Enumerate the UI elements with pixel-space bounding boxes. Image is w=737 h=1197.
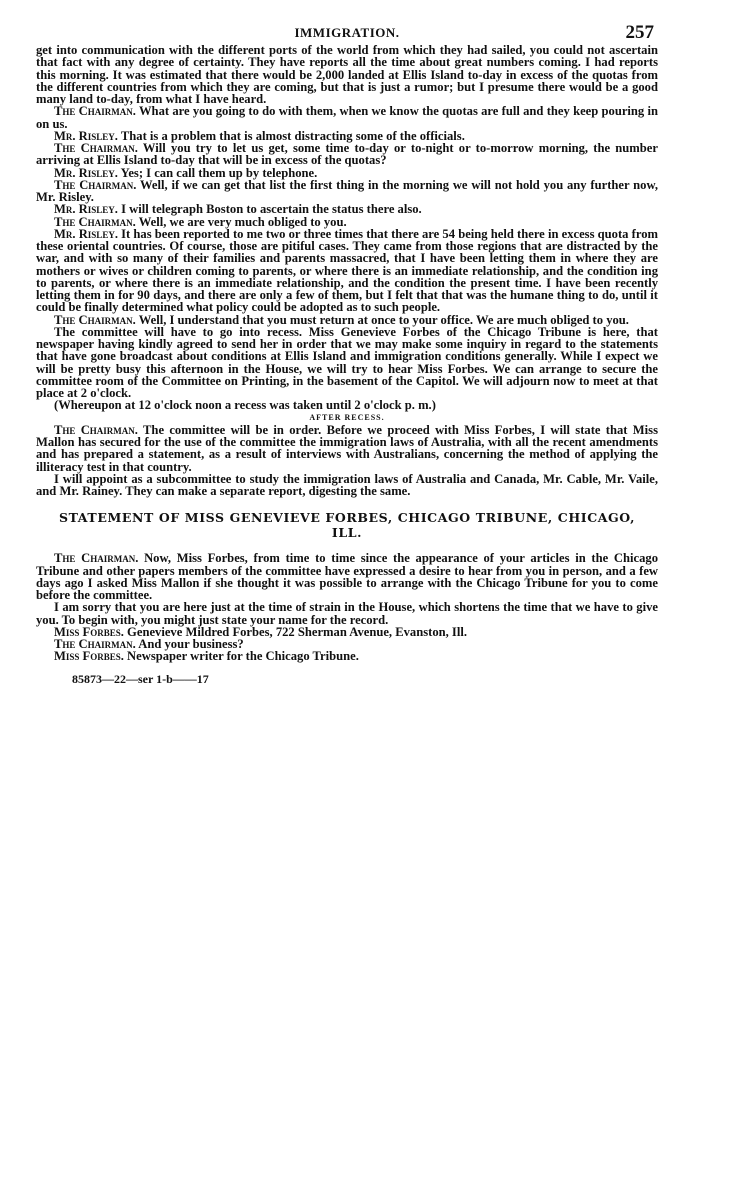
page-number: 257 xyxy=(626,22,655,44)
paragraph: The committee will have to go into reces… xyxy=(36,326,658,400)
paragraph-text: I will appoint as a subcommittee to stud… xyxy=(36,472,658,498)
paragraph: I am sorry that you are here just at the… xyxy=(36,601,658,626)
paragraph: get into communication with the differen… xyxy=(36,44,658,105)
paragraph-text: It has been reported to me two or three … xyxy=(36,227,658,315)
pre-recess-section: get into communication with the differen… xyxy=(36,44,658,412)
speaker-name: Miss Forbes. xyxy=(54,649,124,663)
paragraph-text: get into communication with the differen… xyxy=(36,43,658,106)
paragraph-text: The committee will have to go into reces… xyxy=(36,325,658,400)
paragraph: The Chairman. The committee will be in o… xyxy=(36,424,658,473)
paragraph-text: (Whereupon at 12 o'clock noon a recess w… xyxy=(54,398,436,412)
running-title: IMMIGRATION. xyxy=(36,25,658,41)
document-body: get into communication with the differen… xyxy=(36,44,658,685)
paragraph-text: I am sorry that you are here just at the… xyxy=(36,600,658,626)
statement-section: The Chairman. Now, Miss Forbes, from tim… xyxy=(36,552,658,662)
footer-print-code: 85873—22—ser 1-b——17 xyxy=(72,673,658,685)
paragraph: The Chairman. What are you going to do w… xyxy=(36,105,658,130)
statement-heading: STATEMENT OF MISS GENEVIEVE FORBES, CHIC… xyxy=(42,510,652,540)
paragraph: The Chairman. Now, Miss Forbes, from tim… xyxy=(36,552,658,601)
running-head: IMMIGRATION. 257 xyxy=(36,22,658,42)
paragraph: Miss Forbes. Newspaper writer for the Ch… xyxy=(36,650,658,662)
paragraph: The Chairman. Will you try to let us get… xyxy=(36,142,658,167)
paragraph: The Chairman. Well, if we can get that l… xyxy=(36,179,658,204)
paragraph: I will appoint as a subcommittee to stud… xyxy=(36,473,658,498)
paragraph-text: Newspaper writer for the Chicago Tribune… xyxy=(124,649,359,663)
paragraph: Mr. Risley. It has been reported to me t… xyxy=(36,228,658,314)
paragraph: (Whereupon at 12 o'clock noon a recess w… xyxy=(36,399,658,411)
post-recess-section: The Chairman. The committee will be in o… xyxy=(36,424,658,498)
